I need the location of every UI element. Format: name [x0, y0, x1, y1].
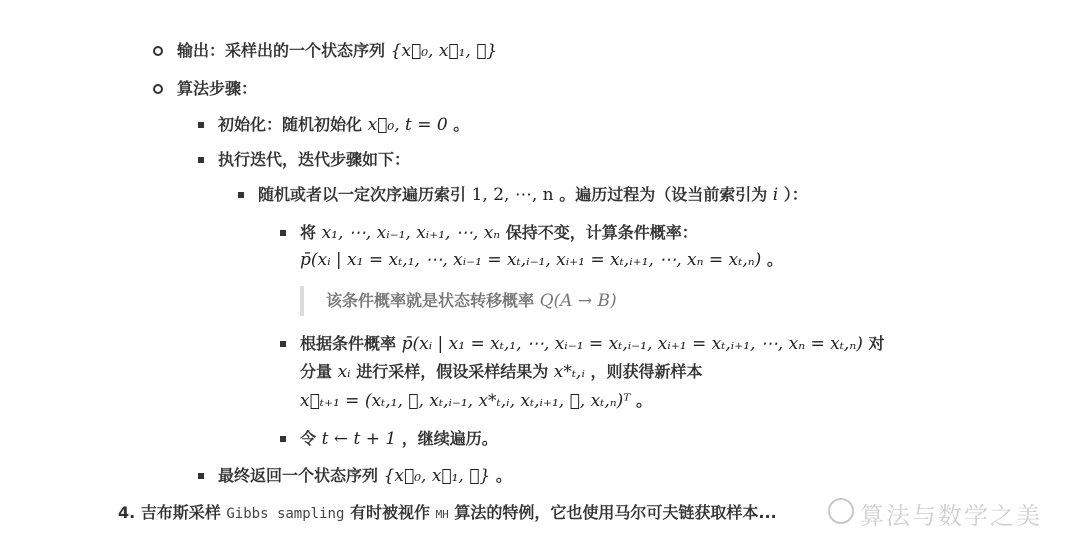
traverse-label-a: 随机或者以一定次序遍历索引 [258, 185, 466, 204]
fix-end: 。 [767, 250, 783, 269]
sample-line3-end: 。 [636, 391, 652, 410]
square-bullet-icon [198, 122, 204, 128]
increment-label-a: 令 [300, 429, 316, 448]
sample-line2-a: 分量 [300, 362, 332, 381]
quote-text: 该条件概率就是状态转移概率 [326, 291, 534, 310]
section4-label-c: 算法的特例，它也使用马尔可夫链获取样本... [454, 503, 776, 522]
section4-label-b: 有时被视作 [350, 503, 430, 522]
sample-line-2: 分量 xᵢ 进行采样，假设采样结果为 x*ₜ,ᵢ ，则获得新样本 [300, 361, 702, 383]
return-label: 最终返回一个状态序列 [218, 466, 378, 485]
return-math: {x⃗₀, x⃗₁, ⋯} [384, 466, 491, 486]
steps-item: 算法步骤： [177, 78, 257, 100]
init-math: x⃗₀, t = 0 [368, 115, 448, 135]
sample-line-3: x⃗ₜ₊₁ = (xₜ,₁, ⋯, xₜ,ᵢ₋₁, x*ₜ,ᵢ, xₜ,ᵢ₊₁,… [300, 390, 652, 412]
section4-code-mh: MH [436, 508, 449, 521]
sample-formula: p̄(xᵢ | x₁ = xₜ,₁, ⋯, xᵢ₋₁ = xₜ,ᵢ₋₁, xᵢ₊… [402, 334, 863, 354]
blockquote: 该条件概率就是状态转移概率 Q(A → B) [326, 290, 617, 312]
section4-code-gibbs: Gibbs sampling [226, 506, 344, 522]
square-bullet-icon [198, 157, 204, 163]
increment-math: t ← t + 1 [322, 429, 397, 449]
wechat-logo-icon [828, 498, 854, 524]
traverse-label-c: ）： [784, 185, 808, 204]
sample-line2-b: 进行采样，假设采样结果为 [356, 362, 548, 381]
section-4-paragraph: 4. 吉布斯采样 Gibbs sampling 有时被视作 MH 算法的特例，它… [118, 502, 777, 526]
sample-label-b: 对 [868, 334, 884, 353]
traverse-label-b: 。遍历过程为（设当前索引为 [559, 185, 767, 204]
fix-math: x₁, ⋯, xᵢ₋₁, xᵢ₊₁, ⋯, xₙ [322, 223, 501, 243]
traverse-math-i: i [773, 185, 778, 205]
square-bullet-icon [280, 436, 286, 442]
output-label: 输出：采样出的一个状态序列 [177, 41, 385, 60]
return-item: 最终返回一个状态序列 {x⃗₀, x⃗₁, ⋯} 。 [218, 465, 512, 487]
increment-label-b: ，继续遍历。 [402, 429, 498, 448]
square-bullet-icon [238, 192, 244, 198]
iterate-item: 执行迭代，迭代步骤如下： [218, 149, 410, 171]
return-end: 。 [496, 466, 512, 485]
square-bullet-icon [280, 341, 286, 347]
square-bullet-icon [280, 230, 286, 236]
increment-item: 令 t ← t + 1 ，继续遍历。 [300, 428, 498, 450]
sample-label-a: 根据条件概率 [300, 334, 396, 353]
sample-item: 根据条件概率 p̄(xᵢ | x₁ = xₜ,₁, ⋯, xᵢ₋₁ = xₜ,ᵢ… [300, 333, 884, 355]
sample-line2-math: xᵢ [338, 362, 351, 382]
init-item: 初始化：随机初始化 x⃗₀, t = 0 。 [218, 114, 469, 136]
output-math: {x⃗₀, x⃗₁, ⋯} [391, 41, 498, 61]
fix-formula: p̄(xᵢ | x₁ = xₜ,₁, ⋯, xᵢ₋₁ = xₜ,ᵢ₋₁, xᵢ₊… [300, 250, 761, 270]
sample-line2-c: ，则获得新样本 [590, 362, 702, 381]
fix-item: 将 x₁, ⋯, xᵢ₋₁, xᵢ₊₁, ⋯, xₙ 保持不变，计算条件概率： [300, 222, 698, 244]
fix-formula-line: p̄(xᵢ | x₁ = xₜ,₁, ⋯, xᵢ₋₁ = xₜ,ᵢ₋₁, xᵢ₊… [300, 249, 783, 271]
watermark: 算法与数学之美 [860, 496, 1042, 531]
circle-bullet-icon [153, 84, 163, 94]
init-label: 初始化：随机初始化 [218, 115, 362, 134]
sample-line3-formula: x⃗ₜ₊₁ = (xₜ,₁, ⋯, xₜ,ᵢ₋₁, x*ₜ,ᵢ, xₜ,ᵢ₊₁,… [300, 391, 630, 411]
output-item: 输出：采样出的一个状态序列 {x⃗₀, x⃗₁, ⋯} [177, 40, 497, 62]
circle-bullet-icon [153, 46, 163, 56]
fix-label-b: 保持不变，计算条件概率： [506, 223, 698, 242]
section4-label-a: 4. 吉布斯采样 [118, 503, 221, 522]
fix-label-a: 将 [300, 223, 316, 242]
blockquote-bar [300, 286, 304, 316]
square-bullet-icon [198, 473, 204, 479]
init-end: 。 [453, 115, 469, 134]
traverse-item: 随机或者以一定次序遍历索引 1, 2, ⋯, n 。遍历过程为（设当前索引为 i… [258, 184, 808, 206]
traverse-math: 1, 2, ⋯, n [472, 185, 554, 205]
sample-line2-math2: x*ₜ,ᵢ [554, 362, 585, 382]
steps-label: 算法步骤： [177, 79, 257, 98]
iterate-label: 执行迭代，迭代步骤如下： [218, 150, 410, 169]
quote-math: Q(A → B) [540, 291, 617, 311]
